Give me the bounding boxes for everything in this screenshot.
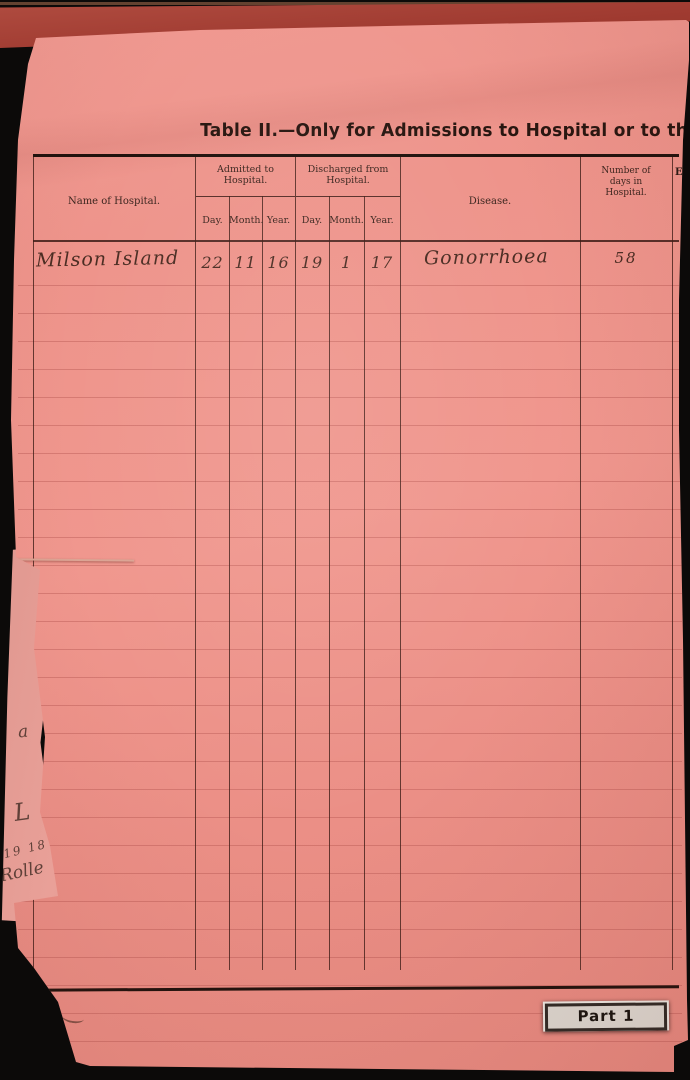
ink-squiggle	[61, 1010, 84, 1024]
column-line	[329, 196, 330, 970]
part-1-label-text: Part 1	[545, 1002, 667, 1031]
column-line	[195, 157, 196, 970]
cell-disease: Gonorrhoea	[424, 245, 584, 270]
col-group-admitted: Admitted to Hospital.	[198, 164, 293, 187]
part-1-label: Part 1	[543, 1000, 669, 1031]
col-header-hospital-name: Name of Hospital.	[33, 196, 195, 208]
col-header-day: Day.	[295, 215, 329, 226]
column-line	[229, 196, 230, 970]
col-header-days-in-hospital: Number of days in Hospital.	[598, 166, 654, 198]
column-line	[400, 157, 401, 970]
col-header-disease: Disease.	[400, 196, 580, 208]
col-header-year: Year.	[364, 215, 400, 226]
column-line	[580, 157, 581, 970]
scanned-document: a L 19 18 Rolle Table II.—Only for Admis…	[0, 0, 690, 1080]
ruled-lines	[18, 285, 682, 1042]
cell-days-in-hospital: 58	[580, 249, 672, 267]
table-border-top	[33, 154, 679, 157]
cell-admitted-day: 22	[196, 253, 229, 272]
col-header-month: Month.	[229, 215, 262, 226]
column-line	[364, 196, 365, 970]
paper-sheen	[0, 0, 690, 1080]
header-bottom-rule	[33, 240, 679, 242]
cell-discharged-month: 1	[329, 253, 364, 272]
handwriting-fragment: Rolle	[0, 858, 46, 887]
column-line	[262, 196, 263, 970]
handwriting-fragment: a	[17, 722, 29, 743]
column-line	[295, 157, 296, 970]
col-group-discharged: Discharged from Hospital.	[298, 164, 398, 187]
admitted-group-underline	[196, 196, 295, 197]
handwriting-fragment: L	[12, 797, 32, 827]
cell-admitted-month: 11	[229, 253, 262, 272]
table-border-bottom	[30, 985, 679, 991]
cell-hospital-name: Milson Island	[36, 247, 201, 272]
cell-discharged-day: 19	[295, 253, 329, 272]
discharged-group-underline	[296, 196, 400, 197]
col-header-day: Day.	[196, 215, 229, 226]
col-header-month: Month.	[329, 215, 364, 226]
cell-discharged-year: 17	[364, 253, 400, 272]
cell-admitted-year: 16	[262, 253, 295, 272]
page-title: Table II.—Only for Admissions to Hospita…	[150, 121, 690, 142]
form-page: Table II.—Only for Admissions to Hospita…	[0, 0, 690, 1080]
cutoff-column-text: E	[675, 167, 683, 178]
col-header-year: Year.	[262, 215, 295, 226]
column-line	[672, 157, 673, 970]
